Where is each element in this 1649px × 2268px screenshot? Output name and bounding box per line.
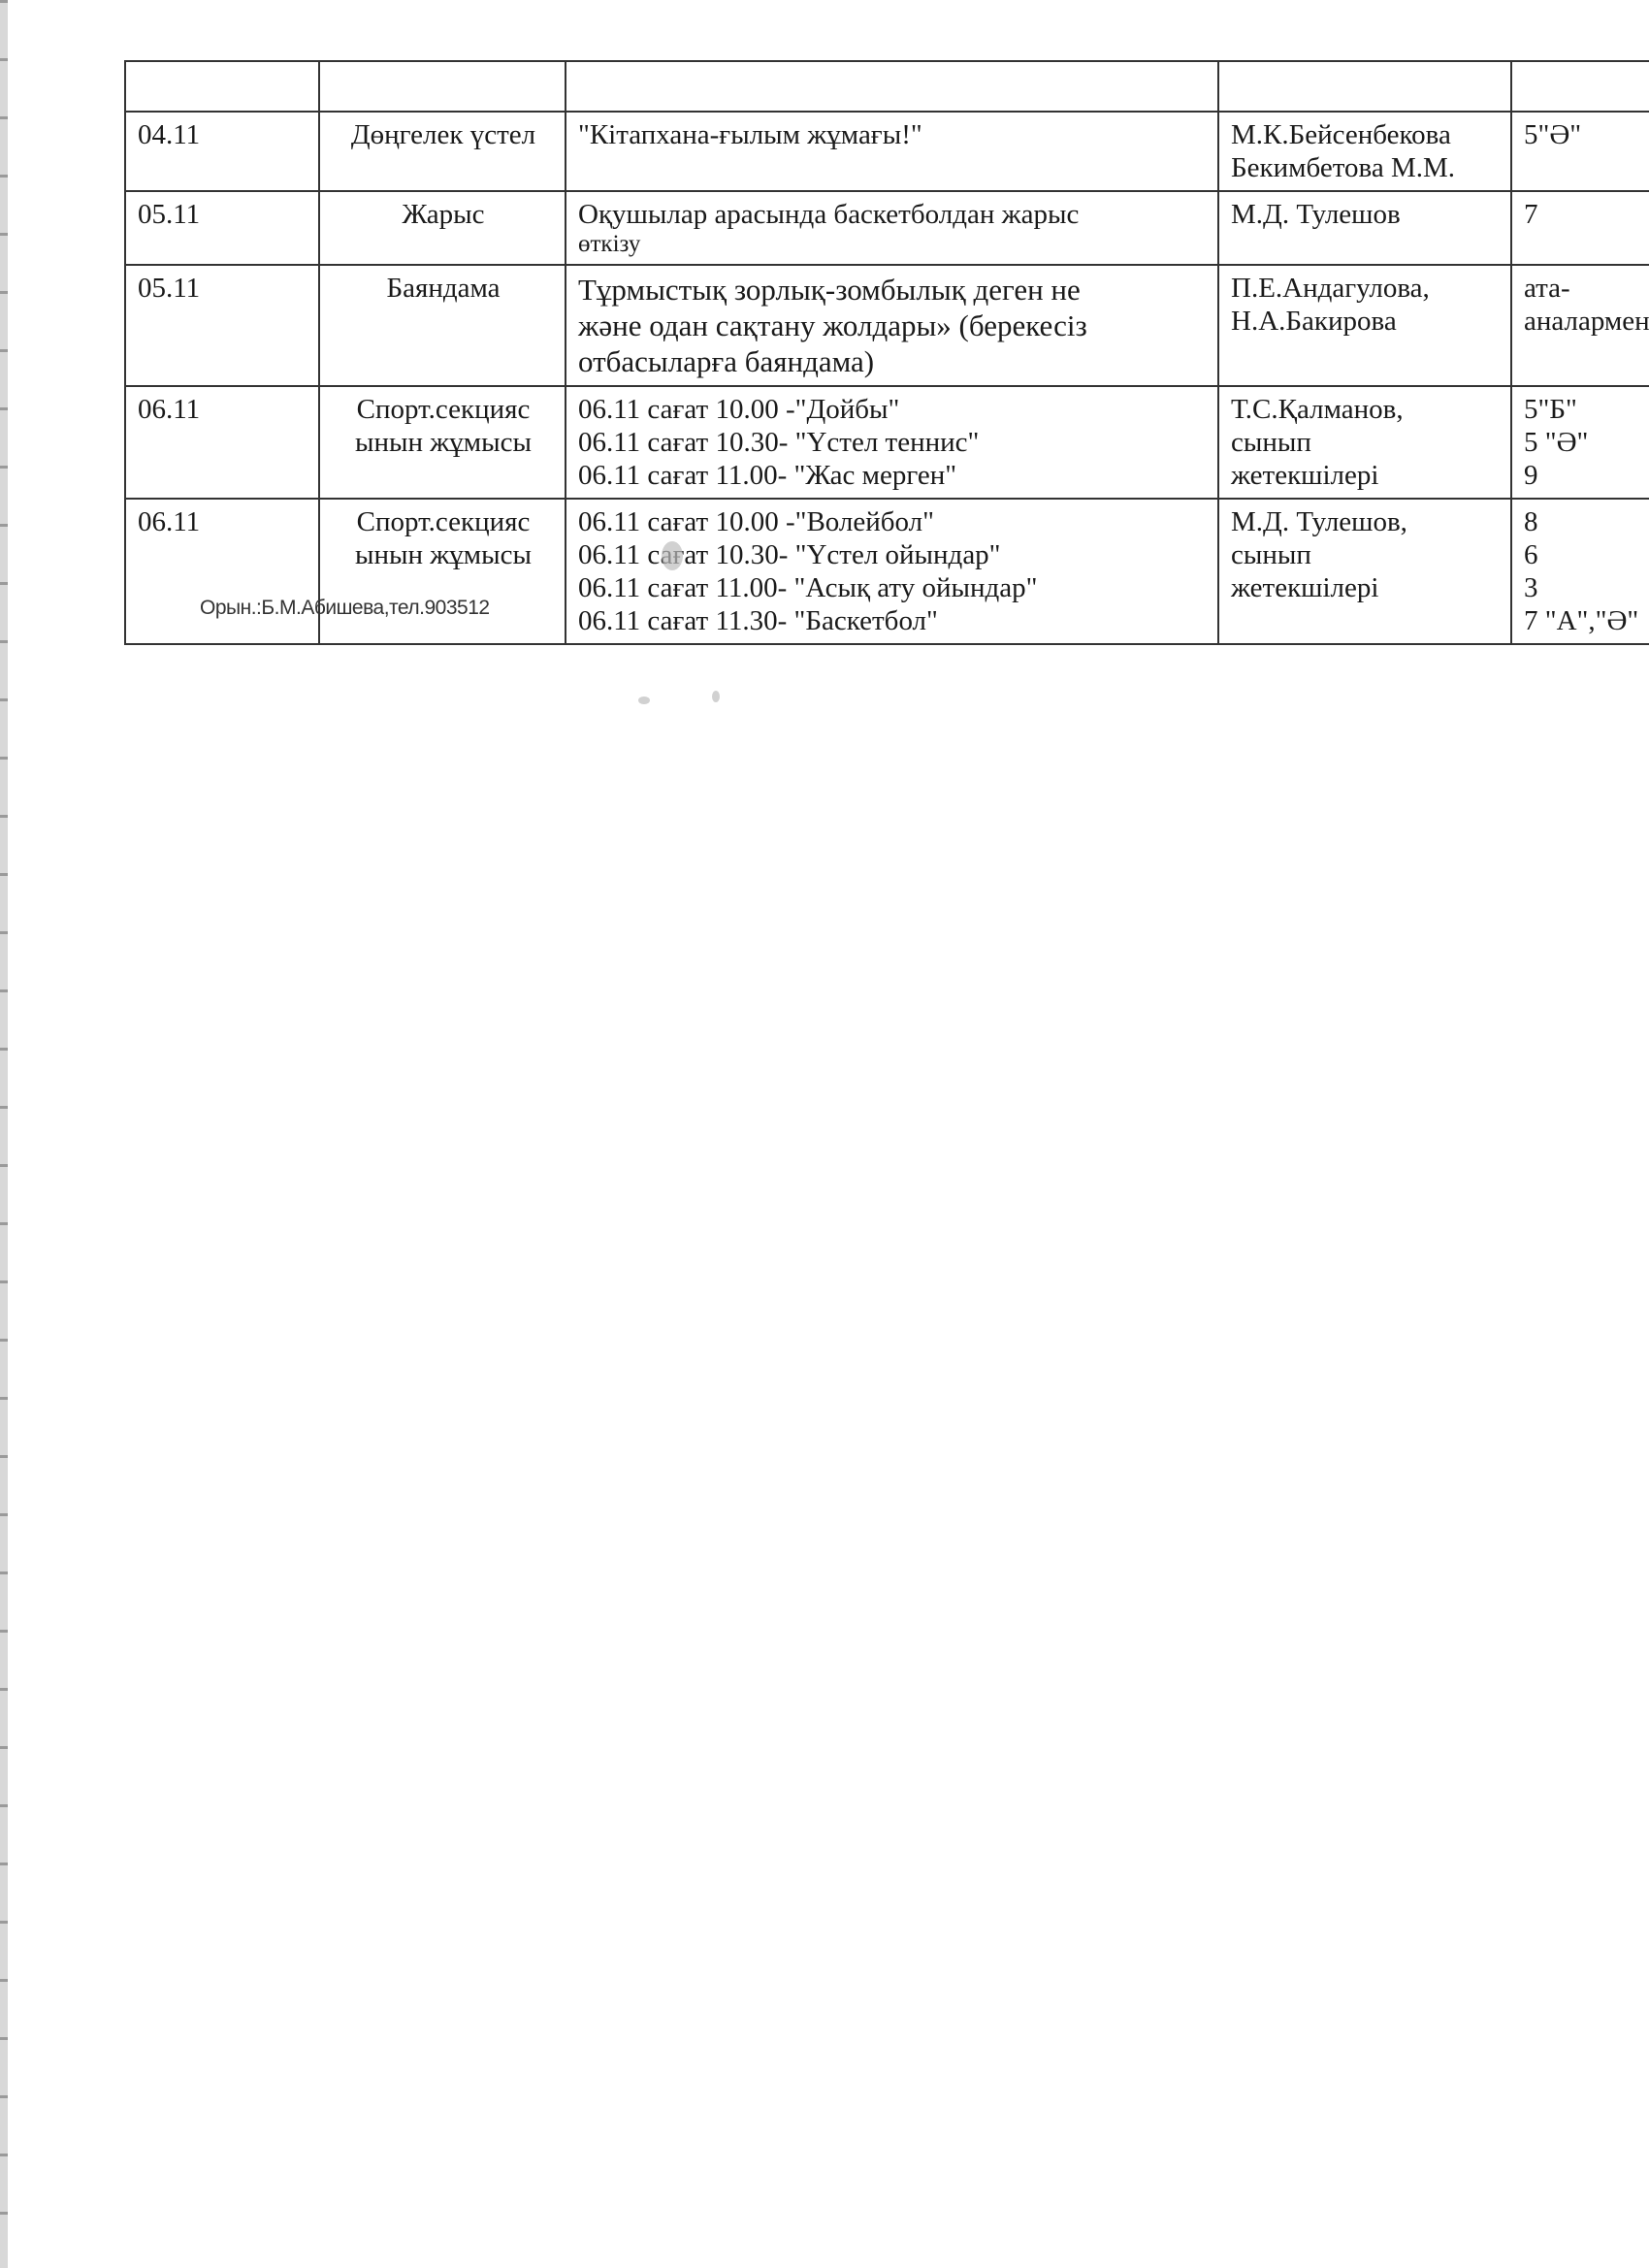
type-line: ынын жұмысы [332, 426, 555, 459]
event-line: отбасыларға баяндама) [578, 343, 1208, 379]
participants-cell: 5"Ә" [1511, 112, 1649, 191]
date-cell: 06.11 [125, 386, 319, 499]
header-cell-participants [1511, 61, 1649, 112]
type-cell: Жарыс [319, 191, 566, 265]
participants-line: 6 [1524, 538, 1649, 571]
participants-cell: ата- аналармен [1511, 265, 1649, 386]
responsible-line: Бекимбетова М.М. [1231, 151, 1501, 184]
header-cell-event [566, 61, 1218, 112]
table-header-row [125, 61, 1649, 112]
responsible-line: М.Д. Тулешов [1231, 198, 1501, 231]
event-line: және одан сақтану жолдары» (берекесіз [578, 308, 1208, 343]
participants-line: аналармен [1524, 305, 1649, 338]
event-line: "Кітапхана-ғылым жұмағы!" [578, 118, 1208, 151]
event-line: 06.11 сағат 11.00- "Жас мерген" [578, 459, 1208, 492]
participants-line: 7 [1524, 198, 1649, 231]
participants-cell: 5"Б" 5 "Ә" 9 [1511, 386, 1649, 499]
event-line: Тұрмыстық зорлық-зомбылық деген не [578, 272, 1208, 308]
event-line: 06.11 сағат 11.30- "Баскетбол" [578, 604, 1208, 637]
event-cell: 06.11 сағат 10.00 -"Дойбы" 06.11 сағат 1… [566, 386, 1218, 499]
participants-line: 9 [1524, 459, 1649, 492]
responsible-line: сынып [1231, 426, 1501, 459]
type-cell: Дөңгелек үстел [319, 112, 566, 191]
event-cell: "Кітапхана-ғылым жұмағы!" [566, 112, 1218, 191]
event-line: 06.11 сағат 10.30- "Үстел теннис" [578, 426, 1208, 459]
event-line: Оқушылар арасында баскетболдан жарыс [578, 198, 1208, 231]
responsible-line: П.Е.Андагулова, [1231, 272, 1501, 305]
event-cell: Тұрмыстық зорлық-зомбылық деген не және … [566, 265, 1218, 386]
responsible-cell: П.Е.Андагулова, Н.А.Бакирова [1218, 265, 1511, 386]
participants-cell: 7 [1511, 191, 1649, 265]
responsible-line: Т.С.Қалманов, [1231, 393, 1501, 426]
scan-edge [0, 0, 8, 2268]
event-line: 06.11 сағат 11.00- "Асық ату ойындар" [578, 571, 1208, 604]
scan-smudge [712, 691, 720, 702]
event-line: 06.11 сағат 10.00 -"Дойбы" [578, 393, 1208, 426]
responsible-cell: М.Д. Тулешов, сынып жетекшілері [1218, 499, 1511, 644]
header-cell-date [125, 61, 319, 112]
participants-line: 5 "Ә" [1524, 426, 1649, 459]
event-cell: 06.11 сағат 10.00 -"Волейбол" 06.11 саға… [566, 499, 1218, 644]
type-line: Жарыс [332, 198, 555, 231]
header-cell-responsible [1218, 61, 1511, 112]
type-line: Спорт.секцияс [332, 505, 555, 538]
type-cell: Спорт.секцияс ынын жұмысы [319, 386, 566, 499]
responsible-cell: М.К.Бейсенбекова Бекимбетова М.М. [1218, 112, 1511, 191]
table-row: 05.11 Баяндама Тұрмыстық зорлық-зомбылық… [125, 265, 1649, 386]
table-row: 04.11 Дөңгелек үстел "Кітапхана-ғылым жұ… [125, 112, 1649, 191]
type-line: Спорт.секцияс [332, 393, 555, 426]
scan-smudge [662, 541, 683, 570]
type-cell: Спорт.секцияс ынын жұмысы [319, 499, 566, 644]
participants-line: ата- [1524, 272, 1649, 305]
table-row: 06.11 Спорт.секцияс ынын жұмысы 06.11 са… [125, 386, 1649, 499]
responsible-cell: М.Д. Тулешов [1218, 191, 1511, 265]
participants-line: 5"Ә" [1524, 118, 1649, 151]
table-row: 06.11 Спорт.секцияс ынын жұмысы 06.11 са… [125, 499, 1649, 644]
event-line: өткізу [578, 231, 1208, 258]
responsible-line: М.Д. Тулешов, [1231, 505, 1501, 538]
footer-note: Орын.:Б.М.Абишева,тел.903512 [200, 597, 490, 620]
date-cell: 06.11 [125, 499, 319, 644]
date-cell: 04.11 [125, 112, 319, 191]
participants-line: 3 [1524, 571, 1649, 604]
responsible-line: М.К.Бейсенбекова [1231, 118, 1501, 151]
events-table: 04.11 Дөңгелек үстел "Кітапхана-ғылым жұ… [124, 60, 1649, 645]
table-row: 05.11 Жарыс Оқушылар арасында баскетболд… [125, 191, 1649, 265]
responsible-line: сынып [1231, 538, 1501, 571]
header-cell-type [319, 61, 566, 112]
responsible-cell: Т.С.Қалманов, сынып жетекшілері [1218, 386, 1511, 499]
participants-cell: 8 6 3 7 "А","Ә" [1511, 499, 1649, 644]
date-cell: 05.11 [125, 191, 319, 265]
type-line: Дөңгелек үстел [332, 118, 555, 151]
type-cell: Баяндама [319, 265, 566, 386]
participants-line: 5"Б" [1524, 393, 1649, 426]
date-cell: 05.11 [125, 265, 319, 386]
event-line: 06.11 сағат 10.00 -"Волейбол" [578, 505, 1208, 538]
responsible-line: жетекшілері [1231, 459, 1501, 492]
participants-line: 8 [1524, 505, 1649, 538]
type-line: Баяндама [332, 272, 555, 305]
responsible-line: Н.А.Бакирова [1231, 305, 1501, 338]
participants-line: 7 "А","Ә" [1524, 604, 1649, 637]
type-line: ынын жұмысы [332, 538, 555, 571]
scan-smudge [638, 697, 650, 704]
event-cell: Оқушылар арасында баскетболдан жарыс өтк… [566, 191, 1218, 265]
responsible-line: жетекшілері [1231, 571, 1501, 604]
